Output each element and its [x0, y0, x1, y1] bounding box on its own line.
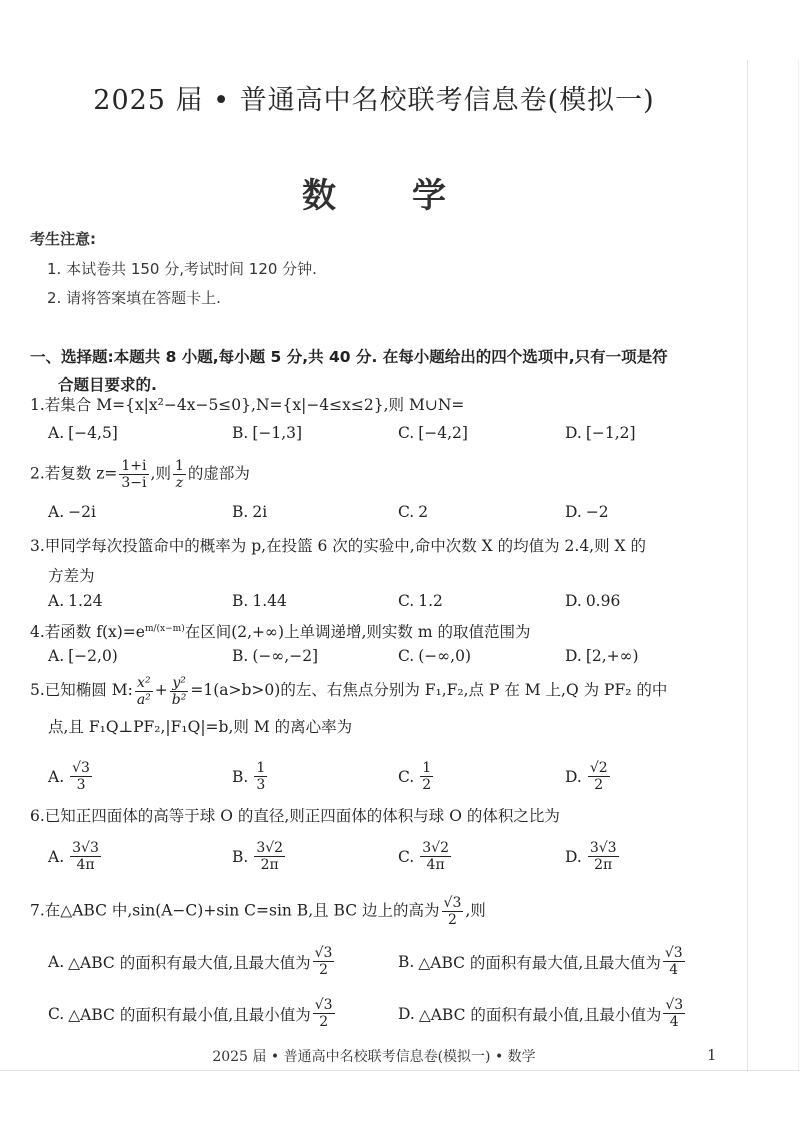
option-a[interactable]: A.[−2,0): [48, 647, 118, 665]
option-text: (−∞,−2]: [252, 647, 318, 665]
option-text: [−1,2]: [586, 424, 636, 442]
question-stem: 已知正四面体的高等于球 O 的直径,则正四面体的体积与球 O 的体积之比为: [45, 807, 560, 825]
option-text: [−4,5]: [68, 424, 118, 442]
question-3: 3.甲同学每次投篮命中的概率为 p,在投篮 6 次的实验中,命中次数 X 的均值…: [30, 531, 730, 591]
fraction-denominator: a²: [135, 692, 153, 708]
option-c[interactable]: C.12: [398, 760, 435, 793]
option-label: A.: [48, 953, 64, 971]
option-label: C.: [398, 848, 414, 866]
page-number: 1: [707, 1046, 717, 1064]
subject-char-1: 数: [302, 168, 336, 217]
option-d[interactable]: D.√22: [565, 760, 612, 793]
page-footer: 2025 届 • 普通高中名校联考信息卷(模拟一) • 数学: [0, 1046, 748, 1066]
question-1-options: A.[−4,5] B.[−1,3] C.[−4,2] D.[−1,2]: [48, 424, 738, 458]
question-stem-post: ,则: [465, 902, 485, 920]
option-b[interactable]: B.[−1,3]: [232, 424, 302, 442]
fraction-height: √32: [442, 895, 464, 928]
fraction-denominator: 2π: [592, 857, 614, 873]
option-a[interactable]: A.−2i: [48, 503, 96, 521]
notice-item: 1. 本试卷共 150 分,考试时间 120 分钟.: [47, 258, 317, 279]
exponent: m/(x−m): [145, 624, 185, 634]
option-fraction: 3√24π: [420, 840, 451, 873]
question-stem-post: 在区间(2,+∞)上单调递增,则实数 m 的取值范围为: [185, 623, 531, 641]
option-text: 1.24: [68, 592, 103, 610]
notice-title: 考生注意:: [30, 228, 96, 249]
option-label: B.: [232, 647, 248, 665]
option-text: △ABC 的面积有最大值,且最大值为: [68, 951, 311, 973]
option-a[interactable]: A.3√34π: [48, 840, 103, 873]
fraction-numerator: 3√3: [70, 840, 101, 857]
option-label: B.: [398, 953, 414, 971]
option-fraction: 3√34π: [70, 840, 101, 873]
option-text: 2: [418, 503, 428, 521]
fraction-numerator: √3: [442, 895, 464, 912]
option-a[interactable]: A.△ABC 的面积有最大值,且最大值为√32: [48, 945, 336, 978]
option-label: C.: [48, 1005, 64, 1023]
option-fraction: 3√32π: [588, 840, 619, 873]
page-border-far-right: [798, 60, 799, 1072]
exam-title: 2025 届 • 普通高中名校联考信息卷(模拟一): [0, 78, 748, 117]
fraction-numerator: √3: [663, 997, 685, 1014]
question-stem-post: 的虚部为: [188, 465, 250, 483]
fraction-denominator: 2: [317, 962, 330, 978]
option-text: 1.44: [252, 592, 287, 610]
fraction-numerator: √2: [588, 760, 610, 777]
option-a[interactable]: A.[−4,5]: [48, 424, 118, 442]
option-label: B.: [232, 848, 248, 866]
question-stem-continued: 点,且 F₁Q⊥PF₂,|F₁Q|=b,则 M 的离心率为: [30, 710, 730, 744]
option-d[interactable]: D.[−1,2]: [565, 424, 636, 442]
fraction-denominator: 2π: [259, 857, 281, 873]
option-label: B.: [232, 768, 248, 786]
option-b[interactable]: B.2i: [232, 503, 267, 521]
question-number: 3.: [30, 537, 45, 555]
option-d[interactable]: D.3√32π: [565, 840, 621, 873]
question-1: 1.若集合 M={x|x²−4x−5≤0},N={x|−4≤x≤2},则 M∪N…: [30, 393, 730, 417]
option-c[interactable]: C.[−4,2]: [398, 424, 468, 442]
fraction-z: 1+i3−i: [119, 458, 148, 491]
fraction-denominator: 2: [446, 912, 459, 928]
question-number: 6.: [30, 807, 45, 825]
question-5-options: A.√33 B.13 C.12 D.√22: [48, 760, 738, 794]
question-stem: 若集合 M={x|x²−4x−5≤0},N={x|−4≤x≤2},则 M∪N=: [45, 396, 465, 414]
option-fraction: √34: [663, 945, 685, 978]
option-label: A.: [48, 503, 64, 521]
option-label: D.: [398, 1005, 415, 1023]
option-label: A.: [48, 848, 64, 866]
option-b[interactable]: B.3√22π: [232, 840, 287, 873]
option-b[interactable]: B.△ABC 的面积有最大值,且最大值为√34: [398, 945, 687, 978]
option-label: D.: [565, 647, 582, 665]
option-fraction: 3√22π: [254, 840, 285, 873]
fraction-inverse-z: 1z: [173, 458, 186, 491]
fraction-numerator: √3: [313, 997, 335, 1014]
fraction-denominator: 2: [420, 777, 433, 793]
fraction-denominator: 3: [75, 777, 88, 793]
option-b[interactable]: B.1.44: [232, 592, 287, 610]
question-stem-pre: 已知椭圆 M:: [45, 681, 133, 699]
option-label: A.: [48, 768, 64, 786]
fraction-x2-a2: x²a²: [135, 675, 153, 708]
option-label: B.: [232, 424, 248, 442]
option-c[interactable]: C.△ABC 的面积有最小值,且最小值为√32: [48, 997, 337, 1030]
option-label: C.: [398, 768, 414, 786]
question-7-options-row2: C.△ABC 的面积有最小值,且最小值为√32 D.△ABC 的面积有最小值,且…: [48, 997, 738, 1031]
option-text: −2: [586, 503, 609, 521]
option-text: (−∞,0): [418, 647, 471, 665]
option-text: 2i: [252, 503, 267, 521]
question-number: 1.: [30, 396, 45, 414]
fraction-denominator: 4π: [74, 857, 96, 873]
section-heading: 一、选择题:本题共 8 小题,每小题 5 分,共 40 分. 在每小题给出的四个…: [30, 343, 730, 399]
fraction-numerator: 3√2: [420, 840, 451, 857]
option-d[interactable]: D.[2,+∞): [565, 647, 639, 665]
option-d[interactable]: D.△ABC 的面积有最小值,且最小值为√34: [398, 997, 687, 1030]
option-label: D.: [565, 503, 582, 521]
option-c[interactable]: C.1.2: [398, 592, 443, 610]
fraction-denominator: 2: [592, 777, 605, 793]
fraction-denominator: 3: [254, 777, 267, 793]
option-label: B.: [232, 503, 248, 521]
question-6-options: A.3√34π B.3√22π C.3√24π D.3√32π: [48, 840, 738, 874]
question-7: 7.在△ABC 中,sin(A−C)+sin C=sin B,且 BC 边上的高…: [30, 895, 730, 928]
page-border-bottom: [0, 1070, 800, 1071]
subject-title: 数学: [0, 168, 748, 217]
question-stem-pre: 若复数 z=: [45, 465, 118, 483]
option-label: D.: [565, 592, 582, 610]
option-text: △ABC 的面积有最大值,且最大值为: [418, 951, 661, 973]
option-text: [2,+∞): [586, 647, 639, 665]
option-label: A.: [48, 647, 64, 665]
option-fraction: √22: [588, 760, 610, 793]
question-number: 2.: [30, 465, 45, 483]
fraction-numerator: y²: [170, 675, 188, 692]
question-5: 5.已知椭圆 M:x²a²+y²b²=1(a>b>0)的左、右焦点分别为 F₁,…: [30, 673, 730, 744]
option-a[interactable]: A.1.24: [48, 592, 103, 610]
subject-char-2: 学: [412, 168, 446, 217]
option-text: △ABC 的面积有最小值,且最小值为: [68, 1003, 311, 1025]
option-label: C.: [398, 503, 414, 521]
question-stem-post: =1(a>b>0)的左、右焦点分别为 F₁,F₂,点 P 在 M 上,Q 为 P…: [190, 681, 667, 699]
option-fraction: √32: [313, 945, 335, 978]
option-label: D.: [565, 768, 582, 786]
option-label: C.: [398, 424, 414, 442]
option-label: A.: [48, 592, 64, 610]
fraction-y2-b2: y²b²: [170, 675, 189, 708]
fraction-numerator: √3: [70, 760, 92, 777]
question-stem: 甲同学每次投篮命中的概率为 p,在投篮 6 次的实验中,命中次数 X 的均值为 …: [45, 537, 646, 555]
fraction-denominator: 4: [668, 1014, 681, 1030]
option-d[interactable]: D.−2: [565, 503, 609, 521]
fraction-numerator: 1: [420, 760, 433, 777]
option-label: A.: [48, 424, 64, 442]
option-text: △ABC 的面积有最小值,且最小值为: [419, 1003, 662, 1025]
option-fraction: 13: [254, 760, 267, 793]
fraction-denominator: 4π: [425, 857, 447, 873]
option-fraction: √33: [70, 760, 92, 793]
fraction-denominator: z: [174, 475, 185, 491]
fraction-numerator: x²: [135, 675, 153, 692]
option-c[interactable]: C.(−∞,0): [398, 647, 471, 665]
fraction-numerator: 1: [254, 760, 267, 777]
question-number: 4.: [30, 623, 45, 641]
fraction-numerator: √3: [663, 945, 685, 962]
fraction-denominator: b²: [170, 692, 189, 708]
question-stem-pre: 若函数 f(x)=e: [45, 623, 145, 641]
fraction-numerator: 1+i: [119, 458, 148, 475]
option-label: B.: [232, 592, 248, 610]
fraction-numerator: 3√2: [254, 840, 285, 857]
fraction-denominator: 2: [317, 1014, 330, 1030]
fraction-numerator: 3√3: [588, 840, 619, 857]
question-stem-continued: 方差为: [30, 561, 730, 591]
option-text: −2i: [68, 503, 96, 521]
option-text: [−2,0): [68, 647, 118, 665]
fraction-numerator: 1: [173, 458, 186, 475]
fraction-denominator: 4: [667, 962, 680, 978]
option-label: C.: [398, 647, 414, 665]
question-4: 4.若函数 f(x)=em/(x−m)在区间(2,+∞)上单调递增,则实数 m …: [30, 617, 730, 644]
option-b[interactable]: B.13: [232, 760, 269, 793]
option-fraction: √32: [313, 997, 335, 1030]
fraction-numerator: √3: [313, 945, 335, 962]
plus-sign: +: [155, 681, 168, 699]
question-stem-pre: 在△ABC 中,sin(A−C)+sin C=sin B,且 BC 边上的高为: [45, 902, 440, 920]
question-number: 5.: [30, 681, 45, 699]
question-number: 7.: [30, 902, 45, 920]
option-fraction: √34: [663, 997, 685, 1030]
option-c[interactable]: C.3√24π: [398, 840, 453, 873]
option-text: [−1,3]: [252, 424, 302, 442]
option-b[interactable]: B.(−∞,−2]: [232, 647, 318, 665]
option-text: 1.2: [418, 592, 443, 610]
option-text: [−4,2]: [418, 424, 468, 442]
option-fraction: 12: [420, 760, 433, 793]
fraction-denominator: 3−i: [119, 475, 148, 491]
option-d[interactable]: D.0.96: [565, 592, 620, 610]
question-stem-mid: ,则: [151, 465, 171, 483]
option-a[interactable]: A.√33: [48, 760, 94, 793]
notice-item: 2. 请将答案填在答题卡上.: [47, 287, 221, 308]
question-2: 2.若复数 z=1+i3−i,则1z的虚部为: [30, 458, 730, 491]
option-text: 0.96: [586, 592, 621, 610]
option-c[interactable]: C.2: [398, 503, 428, 521]
section-heading-line1: 一、选择题:本题共 8 小题,每小题 5 分,共 40 分. 在每小题给出的四个…: [30, 348, 668, 366]
option-label: C.: [398, 592, 414, 610]
question-6: 6.已知正四面体的高等于球 O 的直径,则正四面体的体积与球 O 的体积之比为: [30, 804, 730, 828]
option-label: D.: [565, 424, 582, 442]
question-7-options-row1: A.△ABC 的面积有最大值,且最大值为√32 B.△ABC 的面积有最大值,且…: [48, 945, 738, 979]
option-label: D.: [565, 848, 582, 866]
